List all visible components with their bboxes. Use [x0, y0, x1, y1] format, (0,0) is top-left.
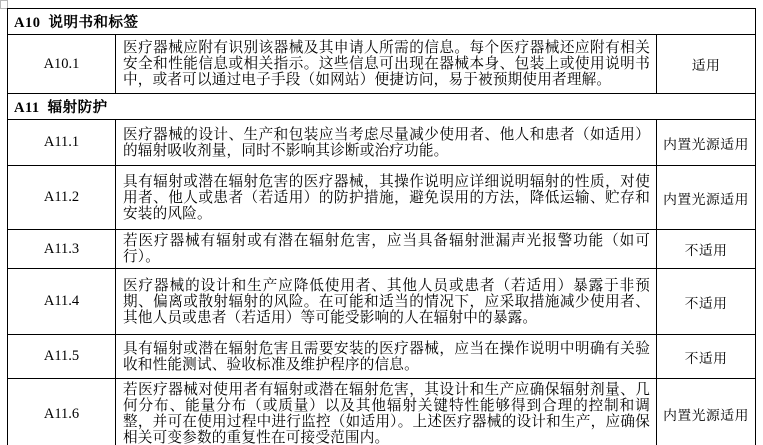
clause-code-a11-5: A11.5	[8, 335, 116, 379]
clause-text-a11-1: 医疗器械的设计、生产和包装应当考虑尽量减少使用者、他人和患者（如适用）的辐射吸收…	[116, 120, 657, 166]
table-row-a11-3: A11.3 若医疗器械有辐射或有潜在辐射危害，应当具备辐射泄漏声光报警功能（如可…	[8, 230, 756, 269]
clause-status-a11-5: 不适用	[657, 335, 756, 379]
clause-status-a10-1: 适用	[657, 35, 756, 94]
table-row-a11-5: A11.5 具有辐射或潜在辐射危害且需要安装的医疗器械，应当在操作说明中明确有关…	[8, 335, 756, 379]
section-code-a11: A11	[14, 100, 40, 116]
clause-text-a10-1: 医疗器械应附有识别该器械及其申请人所需的信息。每个医疗器械还应附有相关安全和性能…	[116, 35, 657, 94]
table-row-a11-4: A11.4 医疗器械的设计和生产应降低使用者、其他人员或患者（若适用）暴露于非预…	[8, 269, 756, 335]
section-header-row-a10: A10说明书和标签	[8, 9, 756, 35]
section-header-cell-a11: A11辐射防护	[8, 94, 756, 120]
clause-code-a11-6: A11.6	[8, 379, 116, 445]
clause-text-a11-5: 具有辐射或潜在辐射危害且需要安装的医疗器械，应当在操作说明中明确有关验收和性能测…	[116, 335, 657, 379]
essential-principles-table: A10说明书和标签 A10.1 医疗器械应附有识别该器械及其申请人所需的信息。每…	[7, 8, 756, 445]
clause-status-a11-6: 内置光源适用	[657, 379, 756, 445]
table-row-a11-1: A11.1 医疗器械的设计、生产和包装应当考虑尽量减少使用者、他人和患者（如适用…	[8, 120, 756, 166]
clause-code-a11-3: A11.3	[8, 230, 116, 269]
table-row-a11-6: A11.6 若医疗器械对使用者有辐射或潜在辐射危害，其设计和生产应确保辐射剂量、…	[8, 379, 756, 445]
section-code-a10: A10	[14, 15, 40, 31]
clause-status-a11-3: 不适用	[657, 230, 756, 269]
section-title-a11: 辐射防护	[48, 100, 108, 116]
document-page: A10说明书和标签 A10.1 医疗器械应附有识别该器械及其申请人所需的信息。每…	[0, 0, 763, 445]
clause-status-a11-4: 不适用	[657, 269, 756, 335]
section-title-a10: 说明书和标签	[48, 15, 138, 31]
section-header-cell-a10: A10说明书和标签	[8, 9, 756, 35]
table-row-a11-2: A11.2 具有辐射或潜在辐射危害的医疗器械，其操作说明应详细说明辐射的性质，对…	[8, 166, 756, 230]
section-header-row-a11: A11辐射防护	[8, 94, 756, 120]
clause-code-a11-1: A11.1	[8, 120, 116, 166]
table-row-a10-1: A10.1 医疗器械应附有识别该器械及其申请人所需的信息。每个医疗器械还应附有相…	[8, 35, 756, 94]
clause-code-a10-1: A10.1	[8, 35, 116, 94]
clause-text-a11-3: 若医疗器械有辐射或有潜在辐射危害，应当具备辐射泄漏声光报警功能（如可行）。	[116, 230, 657, 269]
clause-code-a11-2: A11.2	[8, 166, 116, 230]
clause-text-a11-2: 具有辐射或潜在辐射危害的医疗器械，其操作说明应详细说明辐射的性质，对使用者、他人…	[116, 166, 657, 230]
clause-status-a11-1: 内置光源适用	[657, 120, 756, 166]
clause-status-a11-2: 内置光源适用	[657, 166, 756, 230]
clause-text-a11-6: 若医疗器械对使用者有辐射或潜在辐射危害，其设计和生产应确保辐射剂量、几何分布、能…	[116, 379, 657, 445]
clause-code-a11-4: A11.4	[8, 269, 116, 335]
clause-text-a11-4: 医疗器械的设计和生产应降低使用者、其他人员或患者（若适用）暴露于非预期、偏离或散…	[116, 269, 657, 335]
